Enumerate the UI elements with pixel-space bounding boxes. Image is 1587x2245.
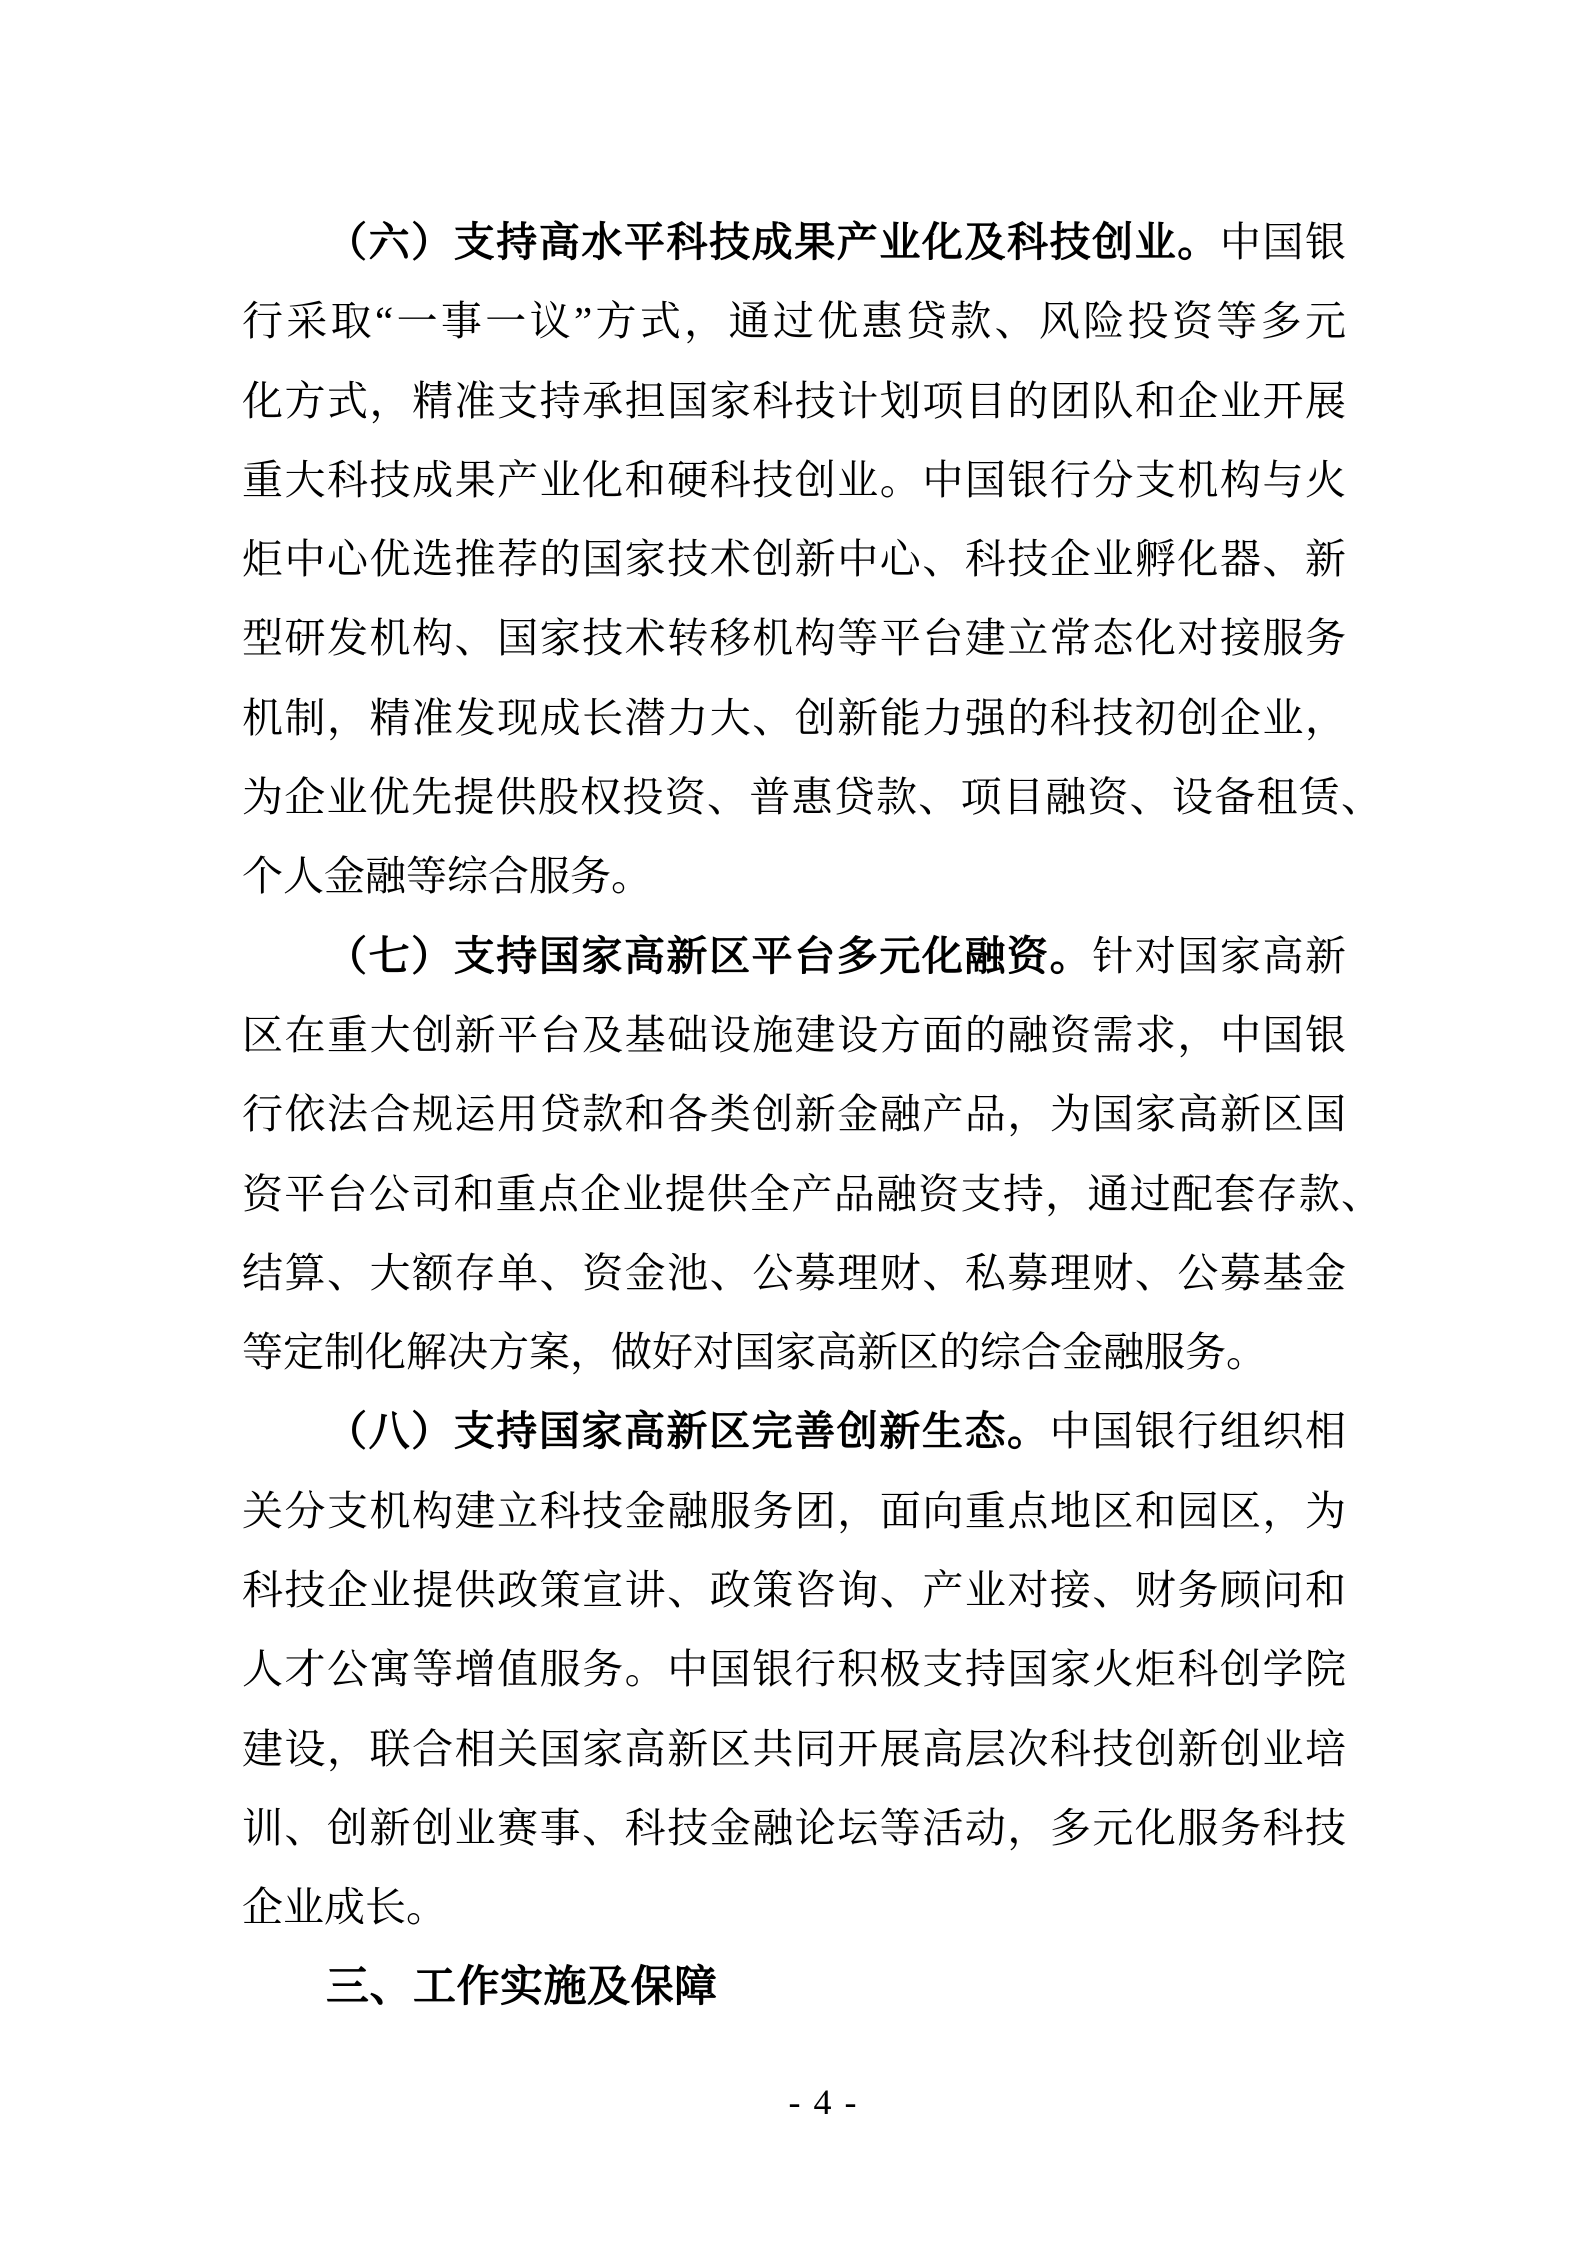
text-line: 机制，精准发现成长潜力大、创新能力强的科技初创企业， (242, 679, 1346, 758)
line-text: 中国银行组织相 (1050, 1408, 1346, 1454)
text-line: 资平台公司和重点企业提供全产品融资支持，通过配套存款、 (242, 1155, 1382, 1234)
line-text: 行依法合规运用贷款和各类创新金融产品，为国家高新区国 (242, 1091, 1346, 1137)
line-text: 机制，精准发现成长潜力大、创新能力强的科技初创企业， (242, 695, 1346, 741)
paragraph-eight: （八）支持国家高新区完善创新生态。中国银行组织相 关分支机构建立科技金融服务团，… (242, 1392, 1392, 1947)
line-text: 区在重大创新平台及基础设施建设方面的融资需求，中国银 (242, 1012, 1346, 1058)
text-line: 个人金融等综合服务。 (242, 837, 1346, 916)
text-line: 为企业优先提供股权投资、普惠贷款、项目融资、设备租赁、 (242, 758, 1382, 837)
clause-title: （八）支持国家高新区完善创新生态。 (326, 1408, 1050, 1454)
text-line: 结算、大额存单、资金池、公募理财、私募理财、公募基金 (242, 1234, 1346, 1313)
line-text: 训、创新创业赛事、科技金融论坛等活动，多元化服务科技 (242, 1805, 1346, 1851)
page-number: - 4 - (30, 2082, 1587, 2122)
line-text: 科技企业提供政策宣讲、政策咨询、产业对接、财务顾问和 (242, 1567, 1346, 1613)
line-text: 针对国家高新 (1092, 933, 1346, 979)
line-text: 企业成长。 (242, 1884, 447, 1930)
paragraph-six: （六）支持高水平科技成果产业化及科技创业。中国银 行采取“一事一议”方式，通过优… (242, 203, 1392, 917)
line-text: 行采取“一事一议”方式，通过优惠贷款、风险投资等多元 (242, 298, 1346, 344)
text-line: 炬中心优选推荐的国家技术创新中心、科技企业孵化器、新 (242, 520, 1346, 599)
document-page: （六）支持高水平科技成果产业化及科技创业。中国银 行采取“一事一议”方式，通过优… (0, 0, 1587, 2245)
line-text: 个人金融等综合服务。 (242, 853, 652, 899)
paragraph-seven: （七）支持国家高新区平台多元化融资。针对国家高新 区在重大创新平台及基础设施建设… (242, 917, 1392, 1393)
text-line: （八）支持国家高新区完善创新生态。中国银行组织相 (242, 1392, 1346, 1471)
text-line: 区在重大创新平台及基础设施建设方面的融资需求，中国银 (242, 996, 1346, 1075)
line-text: 结算、大额存单、资金池、公募理财、私募理财、公募基金 (242, 1250, 1346, 1296)
line-text: 为企业优先提供股权投资、普惠贷款、项目融资、设备租赁、 (242, 774, 1382, 820)
clause-title: （七）支持国家高新区平台多元化融资。 (326, 933, 1092, 979)
line-text: 中国银 (1220, 219, 1346, 265)
line-text: 重大科技成果产业化和硬科技创业。中国银行分支机构与火 (242, 457, 1346, 503)
text-line: 等定制化解决方案，做好对国家高新区的综合金融服务。 (242, 1313, 1346, 1392)
document-body: （六）支持高水平科技成果产业化及科技创业。中国银 行采取“一事一议”方式，通过优… (242, 203, 1392, 2027)
text-line: 关分支机构建立科技金融服务团，面向重点地区和园区，为 (242, 1472, 1346, 1551)
text-line: （六）支持高水平科技成果产业化及科技创业。中国银 (242, 203, 1346, 282)
text-line: 行采取“一事一议”方式，通过优惠贷款、风险投资等多元 (242, 282, 1346, 361)
line-text: 等定制化解决方案，做好对国家高新区的综合金融服务。 (242, 1329, 1267, 1375)
text-line: 训、创新创业赛事、科技金融论坛等活动，多元化服务科技 (242, 1789, 1346, 1868)
text-line: 型研发机构、国家技术转移机构等平台建立常态化对接服务 (242, 599, 1346, 678)
text-line: 建设，联合相关国家高新区共同开展高层次科技创新创业培 (242, 1710, 1346, 1789)
line-text: 资平台公司和重点企业提供全产品融资支持，通过配套存款、 (242, 1171, 1382, 1217)
line-text: 炬中心优选推荐的国家技术创新中心、科技企业孵化器、新 (242, 536, 1346, 582)
text-line: 重大科技成果产业化和硬科技创业。中国银行分支机构与火 (242, 441, 1346, 520)
line-text: 建设，联合相关国家高新区共同开展高层次科技创新创业培 (242, 1726, 1346, 1772)
line-text: 型研发机构、国家技术转移机构等平台建立常态化对接服务 (242, 615, 1346, 661)
text-line: 企业成长。 (242, 1868, 1346, 1947)
text-line: 化方式，精准支持承担国家科技计划项目的团队和企业开展 (242, 362, 1346, 441)
clause-title: （六）支持高水平科技成果产业化及科技创业。 (326, 219, 1220, 265)
text-line: 行依法合规运用贷款和各类创新金融产品，为国家高新区国 (242, 1075, 1346, 1154)
text-line: 科技企业提供政策宣讲、政策咨询、产业对接、财务顾问和 (242, 1551, 1346, 1630)
text-line: （七）支持国家高新区平台多元化融资。针对国家高新 (242, 917, 1346, 996)
section-heading: 三、工作实施及保障 (242, 1948, 1392, 2027)
line-text: 关分支机构建立科技金融服务团，面向重点地区和园区，为 (242, 1488, 1346, 1534)
line-text: 人才公寓等增值服务。中国银行积极支持国家火炬科创学院 (242, 1646, 1346, 1692)
text-line: 人才公寓等增值服务。中国银行积极支持国家火炬科创学院 (242, 1630, 1346, 1709)
line-text: 化方式，精准支持承担国家科技计划项目的团队和企业开展 (242, 378, 1346, 424)
